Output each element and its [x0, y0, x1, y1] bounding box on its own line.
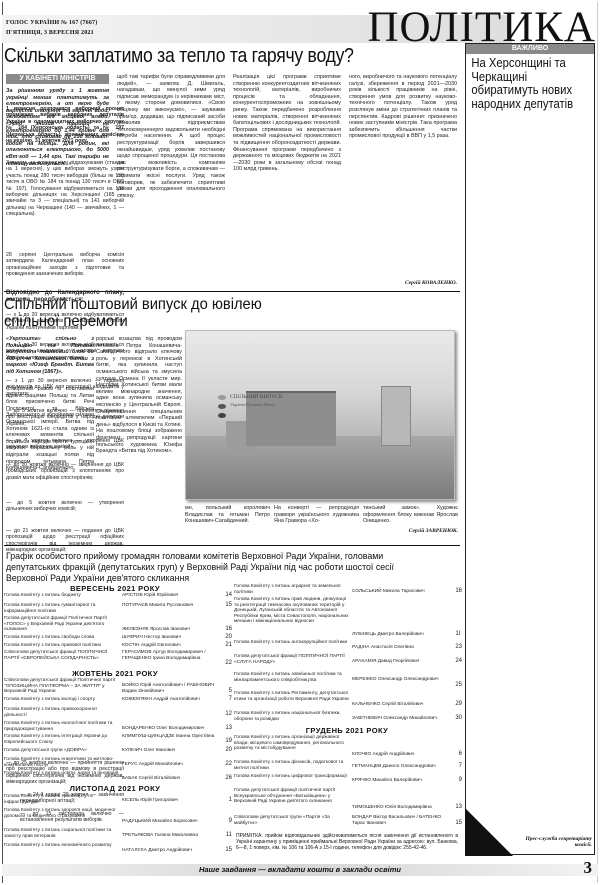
schedule-row: Голова Комітету з питань зовнішньої полі…	[234, 672, 460, 690]
article1-col3: Реалізація цієї програми сприятиме створ…	[233, 74, 341, 286]
article2-author: Сергій ЗАВРЕНЮК.	[363, 528, 458, 534]
schedule-row: Голова Комітету з питань гуманітарної та…	[4, 603, 232, 615]
sidebar-item: — до 5 жовтня включно — утворення дільни…	[6, 500, 124, 513]
sidebar-paragraph: Відповідно до Календарного плану, зокрем…	[6, 290, 124, 304]
month-october: ЖОВТЕНЬ 2021 РОКУ	[0, 669, 230, 678]
sidebar-tag: ВАЖЛИВО	[466, 44, 594, 54]
schedule-row: Голова Комітету з питань соціальної полі…	[4, 828, 232, 840]
footer-slogan: Наше завдання — вкладати кошти в заклади…	[2, 864, 598, 876]
article2-caption-col2: На конверті — репродукція гравюри україн…	[274, 505, 359, 533]
schedule-row: Голова Комітету з питань свободи словаШУ…	[4, 635, 232, 641]
schedule-row: Голова Комітету з питань цифрової трансф…	[234, 774, 460, 786]
postal-block-image: СПІЛЬНИЙ ВИПУСК Україна-Польща-Литва	[185, 330, 455, 500]
month-december: ГРУДЕНЬ 2021 РОКУ	[232, 726, 462, 735]
schedule-row: Голова Комітету з питань прав людини, де…	[234, 597, 460, 638]
sidebar-item: — з 1 до 30 вересня включно відбуватимет…	[6, 342, 124, 361]
sidebar-item: — з 1 до 20 вересня включно відбуватимет…	[6, 312, 124, 331]
schedule-row: Голова Комітету з питань організації дер…	[234, 735, 460, 759]
article2-caption-col1: мн, польський королевич Владислав та гет…	[185, 505, 270, 533]
sidebar-paragraph: 28 серпня Центральна виборча комісія зат…	[6, 252, 124, 278]
schedule-row: Голова депутатської групи «ДОВІРА»КУЛІНИ…	[4, 748, 232, 754]
schedule-row: Голова Комітету з питань фінансів, подат…	[234, 760, 460, 772]
schedule-row: Голова Комітету з питань правової політи…	[4, 643, 232, 649]
issue-number: ГОЛОС УКРАЇНИ № 167 (7667)	[6, 20, 97, 26]
sidebar-item: — о 24-й годині 29 жовтня — закінчення п…	[20, 792, 124, 805]
sidebar-paragraph: 1 вересня розпочався виборчий процес про…	[6, 106, 124, 144]
sidebar-item: — до 21 жовтня включно — подання до ЦВК …	[6, 528, 124, 554]
sidebar-item: — до 15 листопада включно — встановлення…	[20, 811, 124, 824]
issue-date: П'ЯТНИЦЯ, 3 ВЕРЕСНЯ 2021	[6, 30, 94, 36]
article1-tag: У КАБІНЕТІ МІНІСТРІВ	[6, 74, 109, 84]
schedule-row: Голова Комітету з питань національної бе…	[234, 711, 460, 723]
sidebar-item: — до 5 жовтня включно — прийняття рішенн…	[6, 408, 124, 427]
stamp-title: СПІЛЬНИЙ ВИПУСК	[230, 394, 283, 400]
schedule-row: Співголови депутатської фракції ПОЛІТИЧН…	[4, 650, 232, 668]
article1-headline: Скільки заплатимо за тепло та гарячу вод…	[4, 45, 354, 68]
footer-bar: Наше завдання — вкладати кошти в заклади…	[2, 864, 598, 876]
stamp-subtitle: Україна-Польща-Литва	[230, 402, 275, 407]
stamp-tower	[381, 386, 411, 446]
schedule-row: Співголови депутатської групи «Партія «З…	[234, 815, 460, 829]
article1-col4: ного, виробничого та наукового потенціал…	[349, 74, 457, 274]
sidebar-item: — до 10 жовтня включно — звернення до ЦВ…	[6, 462, 124, 481]
schedule-row: Голова Комітету з питань аграрної та зем…	[234, 584, 460, 596]
stamp-logo-icon	[218, 404, 226, 409]
sidebar-item: — до 7 жовтня включно — утворення ЦВК ок…	[6, 438, 124, 451]
stamp-logo-icon	[218, 395, 226, 400]
sidebar-paragraph: Загалом, за попередніми підрахунками (ст…	[6, 160, 124, 218]
article2-caption-col3: тинський замок». Художнє оформлення блок…	[363, 505, 458, 527]
month-september: ВЕРЕСЕНЬ 2021 РОКУ	[0, 584, 230, 593]
schedule-row: Голова Комітету з питань Регламенту, деп…	[234, 691, 460, 709]
page-number: 3	[584, 858, 593, 878]
article1-author: Сергій КОВАЛЕНКО.	[349, 280, 457, 286]
article1-col2: щоб такі тарифи були справедливими для л…	[117, 74, 225, 286]
section-rubric: ПОЛІТИКА	[367, 8, 596, 48]
sidebar-signature: Прес-служба секретаріату комісії.	[520, 836, 592, 848]
schedule-row: Голова Комітету з питань екологічної пол…	[4, 721, 232, 733]
stamp-logo-icon	[218, 413, 226, 418]
schedule-row: Голова Комітету з питань інтеграції Укра…	[4, 734, 232, 746]
schedule-title: Графік особистого прийому громадян голов…	[6, 551, 438, 584]
schedule-row: Співголови депутатської фракції Політичн…	[4, 678, 232, 696]
schedule-row: Голова Комітету з питань правоохоронної …	[4, 707, 232, 719]
schedule-row: Голова депутатської фракції Політичної П…	[4, 616, 232, 634]
schedule-row: Голова депутатської фракції ПОЛІТИЧНОЇ П…	[234, 654, 460, 666]
schedule-row: Голова Комітету з питань антикорупційної…	[234, 640, 460, 652]
schedule-row: Голова Комітету з питань молоді і спорту…	[4, 697, 232, 704]
schedule-row: Голова Комітету з питань економічного ро…	[4, 843, 232, 855]
sidebar-item: — до 25 жовтня включно — прийняття рішен…	[6, 760, 124, 786]
page-curl-icon	[465, 808, 513, 856]
schedule-note: ПРИМІТКА: прийом відповідальних здійснюв…	[236, 833, 458, 851]
schedule-row: Голова депутатської фракції політичної п…	[234, 788, 460, 812]
sidebar-item: — з 1 до 30 вересня включно — подання до…	[6, 378, 124, 397]
sidebar-headline: На Херсонщині та Черкащині обиратимуть н…	[466, 54, 581, 114]
sidebar-important: ВАЖЛИВО На Херсонщині та Черкащині обира…	[465, 43, 595, 855]
schedule-row: Голова Комітету з питань бюджетуАРІСТОВ …	[4, 593, 232, 603]
